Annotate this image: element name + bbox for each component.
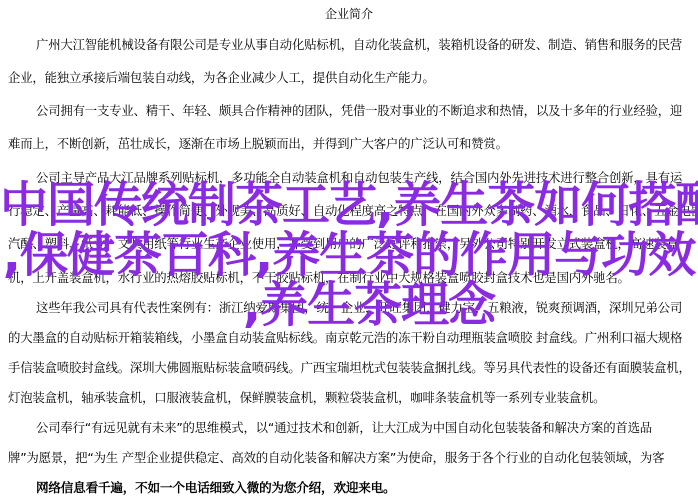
paragraph-line: 广州大江智能机械设备有限公司是专业从事自动化贴标机，自动化装盒机，装箱机设备的研… <box>36 37 682 53</box>
overlay-line: ,保健茶百科,养生茶的作用与功效 <box>0 230 698 280</box>
paragraph-line: 企业，能独立承接后端包装自动线，为各企业减少人工，提供自动化生产能力。 <box>8 70 435 86</box>
purple-headline-overlay: 中国传统制茶工艺,养生茶如何搭配 ,保健茶百科,养生茶的作用与功效 ,养生茶理念 <box>0 180 698 330</box>
paragraph-line: 难而上，不断创新，茁壮成长，逐渐在市场上脱颖而出，并得到广大客户的广泛认可和赞赏… <box>8 136 508 152</box>
contact-callout: 网络信息看千遍，不如一个电话细致入微的为您介绍，欢迎来电。 <box>36 480 395 496</box>
paragraph-line: 牌”为愿景，把“为生 产型企业提供稳定、高效的自动化装备和解决方案”为使命，服务… <box>8 450 664 466</box>
page-title: 企业简介 <box>0 6 698 22</box>
paragraph-line: 手信装盒喷胶封盒线。深圳大佛圆瓶贴标装盒喷码线。广西宝瑞坦枕式包装装盒捆扎线。等… <box>8 360 691 376</box>
overlay-line: 中国传统制茶工艺,养生茶如何搭配 <box>0 180 698 230</box>
overlay-line: ,养生茶理念 <box>40 280 698 330</box>
paragraph-line: 灯泡装盒机，轴承装盒机，口服液装盒机，保鲜膜装盒机，颗粒袋装盒机，咖啡条装盒机等… <box>8 390 605 406</box>
paragraph-line: 公司奉行“有远见就有未来”的思维模式，以“通过技术和创新，让大江成为中国自动化包… <box>36 420 652 436</box>
paragraph-line: 公司拥有一支专业、精干、年轻、颇具合作精神的团队，凭借一股对事业的不断追求和热情… <box>36 103 682 119</box>
